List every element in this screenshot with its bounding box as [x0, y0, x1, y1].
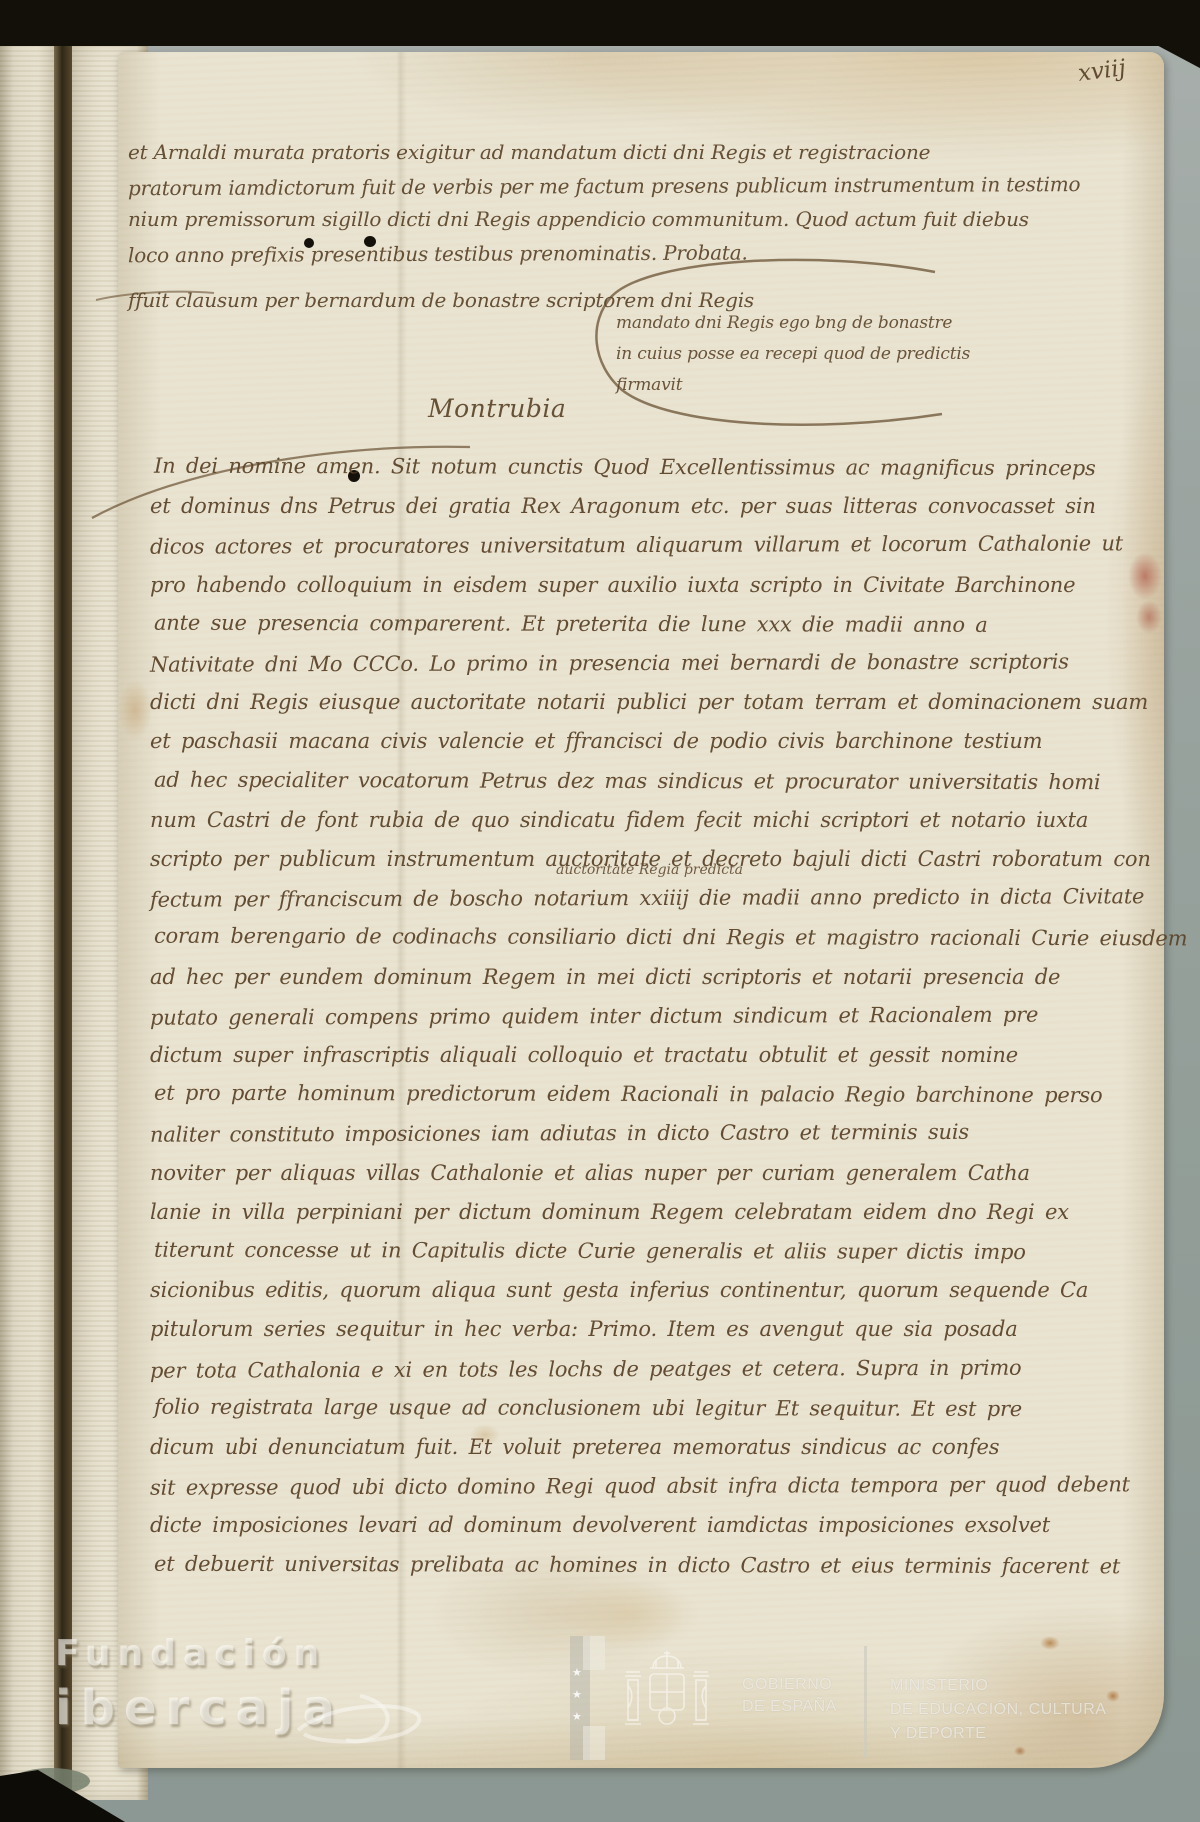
spain-coat-of-arms-icon: [620, 1650, 714, 1748]
ministerio-line3: Y DEPORTE: [890, 1722, 1106, 1746]
manuscript-line: et pro parte hominum predictorum eidem R…: [154, 1074, 1146, 1116]
manuscript-line: pro habendo colloquium in eisdem super a…: [150, 566, 1142, 605]
manuscript-line: noviter per aliquas villas Cathalonie et…: [150, 1154, 1142, 1193]
scan-background-mat: xviij et Arnaldi murata pratoris exigitu…: [0, 0, 1200, 1822]
manuscript-line: dicum ubi denunciatum fuit. Et voluit pr…: [150, 1428, 1142, 1467]
manuscript-line: pitulorum series sequitur in hec verba: …: [150, 1310, 1142, 1349]
star-icon: ★: [572, 1666, 582, 1679]
manuscript-line: in cuius posse ea recepi quod de predict…: [616, 339, 946, 370]
manuscript-line: sicionibus editis, quorum aliqua sunt ge…: [150, 1271, 1142, 1310]
manuscript-line: ante sue presencia comparerent. Et prete…: [154, 604, 1146, 646]
top-text-block: et Arnaldi murata pratoris exigitur ad m…: [128, 136, 1148, 270]
manuscript-line: mandato dni Regis ego bng de bonastre: [616, 308, 946, 339]
binding-gutter: [54, 34, 72, 1808]
ibercaja-logo-icon: [268, 1678, 428, 1758]
eu-strip-bracket-top: [583, 1636, 605, 1670]
manuscript-line: fectum per ffranciscum de boscho notariu…: [150, 878, 1142, 921]
manuscript-line: dicos actores et procuratores universita…: [150, 525, 1142, 568]
folio-edge-texture: [0, 30, 54, 1808]
manuscript-line: In dei nomine amen. Sit notum cunctis Qu…: [154, 447, 1146, 489]
gobierno-line1: GOBIERNO: [742, 1674, 837, 1696]
manuscript-line: naliter constituto imposiciones iam adiu…: [150, 1113, 1142, 1156]
manuscript-line: titerunt concesse ut in Capitulis dicte …: [154, 1231, 1146, 1273]
manuscript-line: loco anno prefixis presentibus testibus …: [128, 234, 1148, 272]
main-text-block: In dei nomine amen. Sit notum cunctis Qu…: [150, 448, 1142, 1585]
folio-edge-stack-outer: [0, 30, 54, 1808]
manuscript-line: et Arnaldi murata pratoris exigitur ad m…: [128, 136, 1148, 170]
manuscript-line: et paschasii macana civis valencie et ff…: [150, 722, 1142, 761]
star-icon: ★: [572, 1688, 582, 1701]
manuscript-line: et debuerit universitas prelibata ac hom…: [154, 1544, 1146, 1586]
section-heading: Montrubia: [428, 394, 566, 423]
manuscript-line: Nativitate dni Mo CCCo. Lo primo in pres…: [150, 642, 1142, 685]
manuscript-line: ad hec per eundem dominum Regem in mei d…: [150, 958, 1142, 997]
manuscript-line: ad hec specialiter vocatorum Petrus dez …: [154, 760, 1146, 802]
eu-strip-bracket-bottom: [583, 1726, 605, 1760]
star-icon: ★: [572, 1710, 582, 1723]
ministerio-line1: MINISTERIO: [890, 1674, 1106, 1698]
manuscript-line: nium premissorum sigillo dicti dni Regis…: [128, 203, 1148, 237]
manuscript-line: coram berengario de codinachs consiliari…: [154, 917, 1146, 959]
ibercaja-watermark-line1: Fundación: [56, 1634, 345, 1675]
manuscript-line: num Castri de font rubia de quo sindicat…: [150, 801, 1142, 840]
manuscript-line: et dominus dns Petrus dei gratia Rex Ara…: [150, 487, 1142, 526]
manuscript-line: folio registrata large usque ad conclusi…: [154, 1388, 1146, 1430]
manuscript-line: sit expresse quod ubi dicto domino Regi …: [150, 1466, 1142, 1509]
ministerio-line2: DE EDUCACIÓN, CULTURA: [890, 1698, 1106, 1722]
manuscript-line: dicte imposiciones levari ad dominum dev…: [150, 1506, 1142, 1545]
manuscript-line: putato generali compens primo quidem int…: [150, 995, 1142, 1038]
manuscript-line: pratorum iamdictorum fuit de verbis per …: [128, 167, 1148, 205]
gobierno-watermark: GOBIERNO DE ESPAÑA: [742, 1674, 837, 1718]
manuscript-line: dicti dni Regis eiusque auctoritate nota…: [150, 683, 1142, 722]
manuscript-line: per tota Cathalonia e xi en tots les loc…: [150, 1348, 1142, 1391]
manuscript-line: dictum super infrascriptis aliquali coll…: [150, 1036, 1142, 1075]
marginal-note: mandato dni Regis ego bng de bonastrein …: [616, 308, 946, 401]
interlinear-insertion: auctoritate Regia predicta: [556, 862, 743, 878]
manuscript-line: lanie in villa perpiniani per dictum dom…: [150, 1193, 1142, 1232]
gobierno-line2: DE ESPAÑA: [742, 1696, 837, 1718]
ministerio-watermark: MINISTERIO DE EDUCACIÓN, CULTURA Y DEPOR…: [890, 1674, 1106, 1746]
manuscript-line: firmavit: [616, 370, 946, 401]
binding-shadow-top: [0, 0, 1200, 46]
watermark-divider: [864, 1646, 867, 1758]
